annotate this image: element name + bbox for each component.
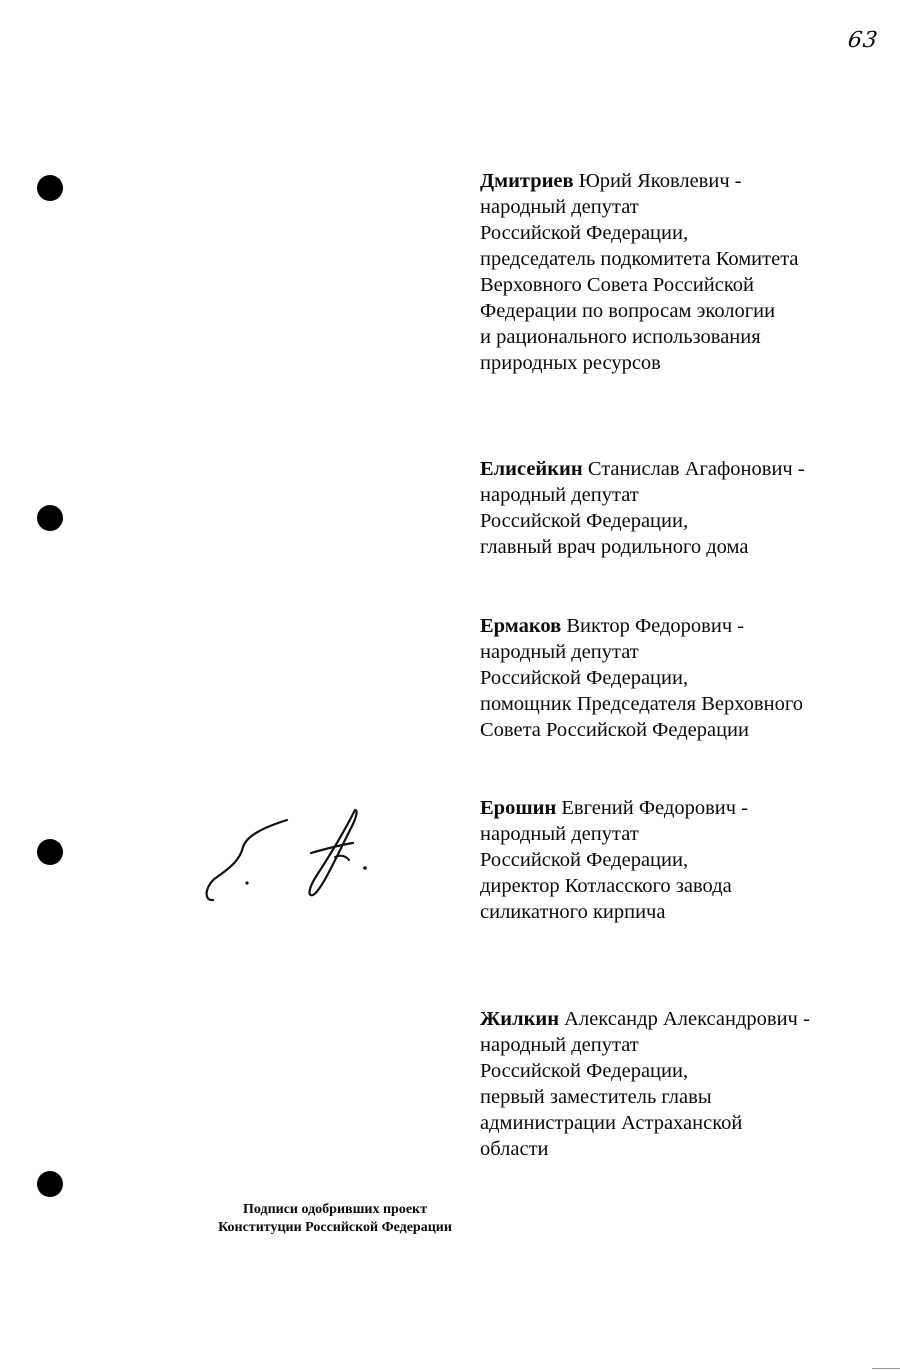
- entry-given-names: Станислав Агафонович -: [583, 458, 805, 480]
- deputy-entry: Дмитриев Юрий Яковлевич - народный депут…: [480, 168, 799, 376]
- entry-given-names: Виктор Федорович -: [561, 615, 744, 637]
- punch-hole-icon: [37, 175, 63, 201]
- entry-line: области: [480, 1136, 810, 1162]
- entry-heading: Ермаков Виктор Федорович -: [480, 613, 803, 639]
- entry-line: народный депутат: [480, 1032, 810, 1058]
- entry-line: Российской Федерации,: [480, 508, 805, 534]
- footer-caption: Подписи одобривших проект Конституции Ро…: [190, 1201, 480, 1237]
- entry-surname: Ерошин: [480, 797, 556, 819]
- entry-heading: Ерошин Евгений Федорович -: [480, 795, 748, 821]
- footer-caption-line: Подписи одобривших проект: [190, 1201, 480, 1219]
- entry-line: Российской Федерации,: [480, 847, 748, 873]
- entry-line: народный депутат: [480, 639, 803, 665]
- entry-heading: Дмитриев Юрий Яковлевич -: [480, 168, 799, 194]
- signature-icon: [195, 805, 375, 915]
- entry-line: Российской Федерации,: [480, 220, 799, 246]
- entry-line: народный депутат: [480, 821, 748, 847]
- deputy-entry: Жилкин Александр Александрович - народны…: [480, 1006, 810, 1162]
- punch-hole-icon: [37, 839, 63, 865]
- deputy-entry: Елисейкин Станислав Агафонович - народны…: [480, 456, 805, 560]
- entry-heading: Елисейкин Станислав Агафонович -: [480, 456, 805, 482]
- entry-line: помощник Председателя Верховного: [480, 691, 803, 717]
- entry-surname: Жилкин: [480, 1008, 559, 1030]
- entry-line: силикатного кирпича: [480, 899, 748, 925]
- entry-surname: Елисейкин: [480, 458, 583, 480]
- entry-given-names: Юрий Яковлевич -: [574, 170, 742, 192]
- scan-edge-mark: [872, 1368, 900, 1369]
- entry-line: администрации Астраханской: [480, 1110, 810, 1136]
- entry-line: Совета Российской Федерации: [480, 717, 803, 743]
- deputy-entry: Ерошин Евгений Федорович - народный депу…: [480, 795, 748, 925]
- entry-heading: Жилкин Александр Александрович -: [480, 1006, 810, 1032]
- entry-line: Российской Федерации,: [480, 665, 803, 691]
- entry-line: народный депутат: [480, 194, 799, 220]
- entry-surname: Дмитриев: [480, 170, 574, 192]
- page-number: 63: [846, 28, 880, 53]
- entry-line: председатель подкомитета Комитета: [480, 246, 799, 272]
- entry-surname: Ермаков: [480, 615, 561, 637]
- entry-given-names: Евгений Федорович -: [556, 797, 748, 819]
- entry-line: и рационального использования: [480, 324, 799, 350]
- footer-caption-line: Конституции Российской Федерации: [190, 1219, 480, 1237]
- entry-line: первый заместитель главы: [480, 1084, 810, 1110]
- punch-hole-icon: [37, 505, 63, 531]
- entry-line: главный врач родильного дома: [480, 534, 805, 560]
- entry-line: народный депутат: [480, 482, 805, 508]
- entry-given-names: Александр Александрович -: [559, 1008, 810, 1030]
- deputy-entry: Ермаков Виктор Федорович - народный депу…: [480, 613, 803, 743]
- entry-line: Федерации по вопросам экологии: [480, 298, 799, 324]
- entry-line: Верховного Совета Российской: [480, 272, 799, 298]
- entry-line: Российской Федерации,: [480, 1058, 810, 1084]
- punch-hole-icon: [37, 1171, 63, 1197]
- entry-line: природных ресурсов: [480, 350, 799, 376]
- entry-line: директор Котласского завода: [480, 873, 748, 899]
